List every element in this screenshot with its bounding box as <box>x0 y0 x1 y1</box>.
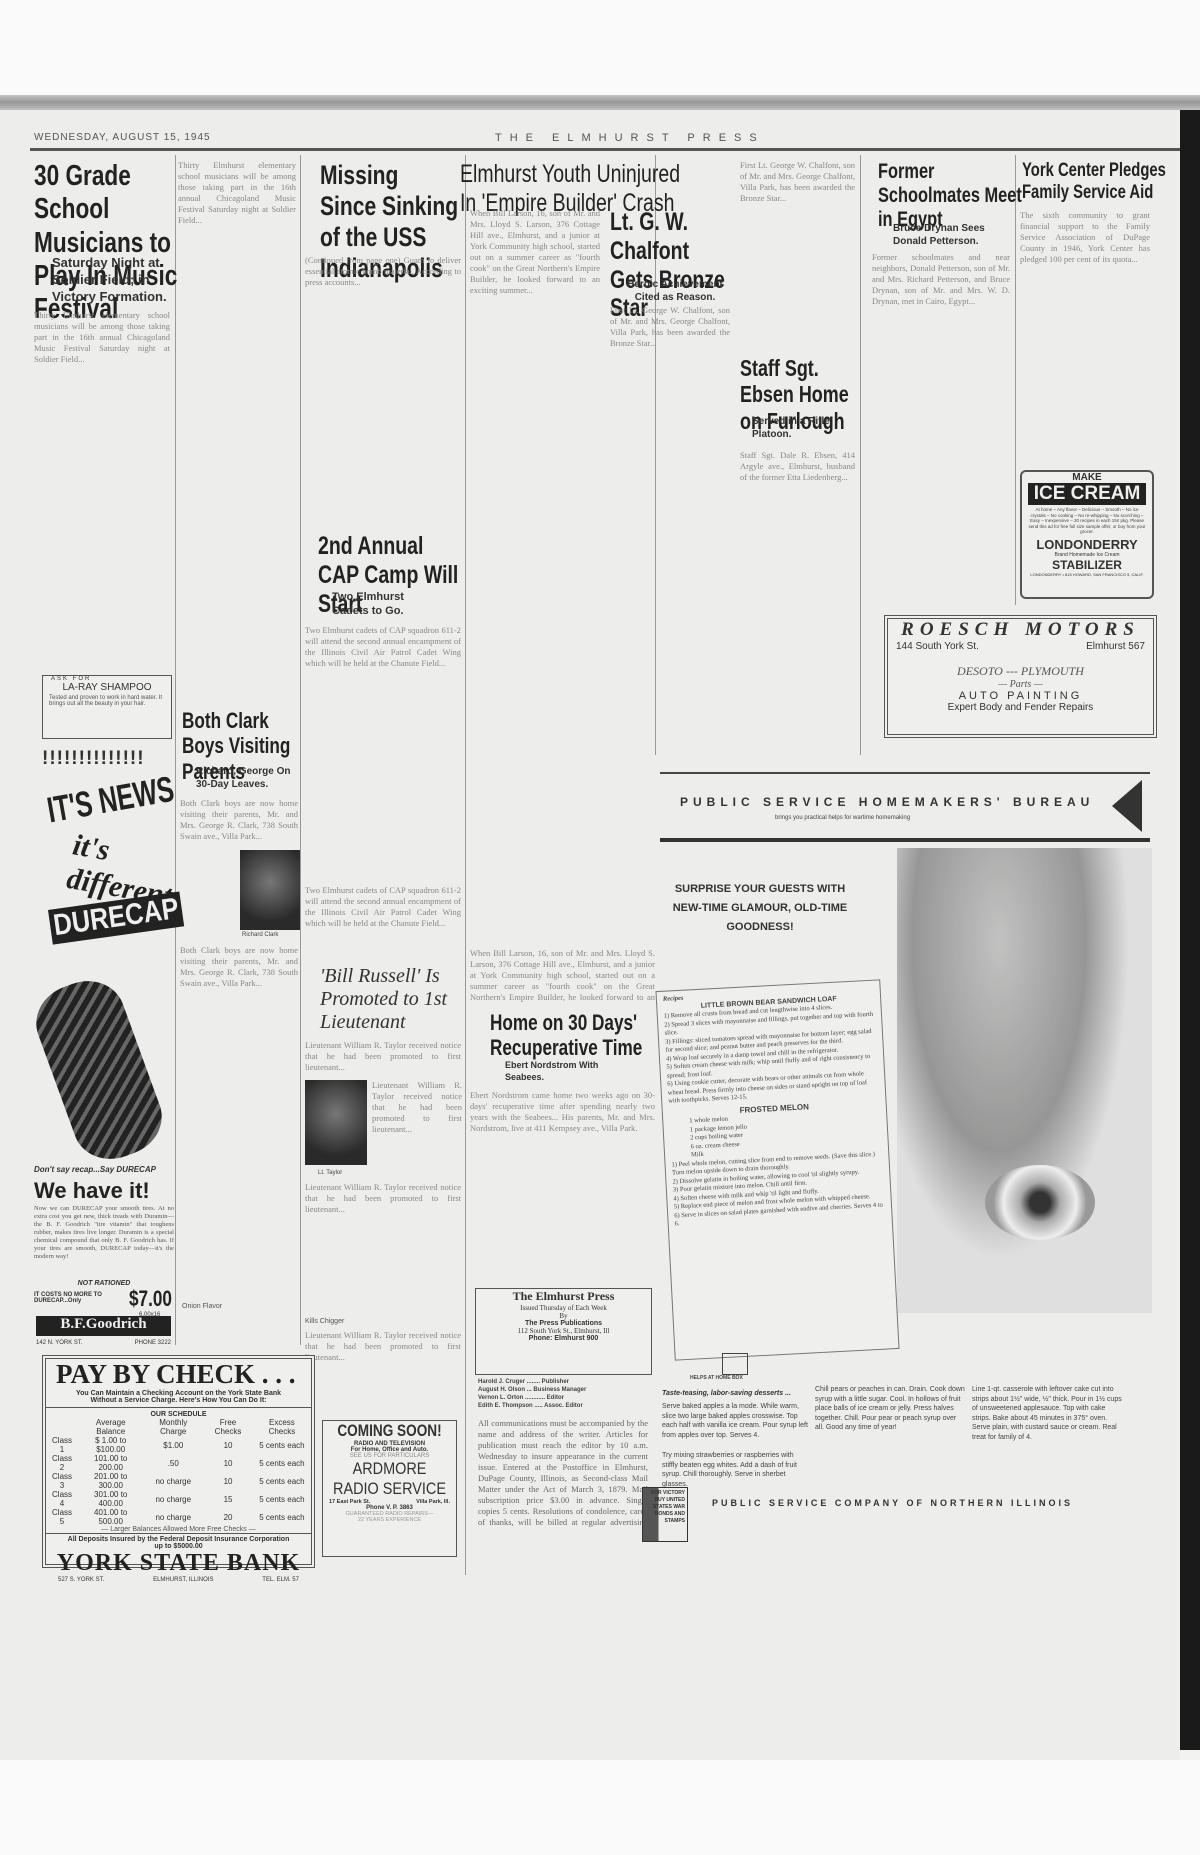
article-body: First Lt. George W. Chalfont, son of Mr.… <box>740 160 855 340</box>
ad-homemakers-top-rule <box>660 772 1150 774</box>
article-body: Thirty Elmhurst elementary school musici… <box>178 160 296 695</box>
ad-bank-note: — Larger Balances Allowed More Free Chec… <box>46 1526 311 1533</box>
subhead-home-30-days: Ebert Nordstrom With Seabees. <box>505 1060 605 1083</box>
photo-lt-taylor <box>305 1080 367 1165</box>
ad-roesch-phone: Elmhurst 567 <box>1086 641 1145 652</box>
col-monthly-charge: Monthly Charge <box>143 1418 203 1436</box>
press-address: 112 South York St., Elmhurst, Ill <box>476 1327 651 1335</box>
ad-homemakers-title: PUBLIC SERVICE HOMEMAKERS' BUREAU <box>680 795 1094 809</box>
bank-schedule-cell: 10 <box>203 1436 253 1454</box>
press-by: By <box>476 1312 651 1320</box>
ad-durecap-costs: IT COSTS NO MORE TO DURECAP...Only <box>34 1292 114 1304</box>
press-staff: Harold J. Cruger ........ Publisher Augu… <box>478 1378 648 1410</box>
ad-ardmore-name1: ARDMORE <box>333 1459 446 1479</box>
ad-york-state-bank: PAY BY CHECK . . . You Can Maintain a Ch… <box>42 1355 315 1568</box>
ad-ardmore-address: 17 East Park St. <box>329 1499 370 1505</box>
press-staff-publisher: Harold J. Cruger ........ Publisher <box>478 1378 648 1386</box>
bank-schedule-cell: 101.00 to 200.00 <box>78 1454 143 1472</box>
press-staff-business-manager: August H. Olson ... Business Manager <box>478 1386 648 1394</box>
press-notice: All communications must be accompanied b… <box>478 1418 648 1528</box>
ad-ardmore-radio: COMING SOON! RADIO AND TELEVISION For Ho… <box>322 1420 457 1557</box>
subhead-egypt: Bruce Drynan Sees Donald Petterson. <box>893 222 1013 248</box>
section-kills-chigger: Kills Chigger <box>305 1318 344 1325</box>
dessert-tip-2: Try mixing strawberries or raspberries w… <box>662 1451 810 1489</box>
bank-schedule-cell: no charge <box>143 1472 203 1490</box>
article-body: Two Elmhurst cadets of CAP squadron 611-… <box>305 625 461 895</box>
bank-schedule-cell: 15 <box>203 1490 253 1508</box>
bank-schedule-cell: .50 <box>143 1454 203 1472</box>
bank-schedule-cell: Class 1 <box>46 1436 78 1454</box>
ad-bank-contact: 527 S. YORK ST. ELMHURST, ILLINOIS TEL. … <box>46 1577 311 1583</box>
bank-schedule-cell: $1.00 <box>143 1436 203 1454</box>
bank-schedule-cell: 5 cents each <box>253 1454 311 1472</box>
ad-roesch-contact: 144 South York St. Elmhurst 567 <box>888 641 1153 652</box>
ad-durecap-body: Now we can DURECAP your smooth tires. At… <box>34 1205 174 1275</box>
ad-laray-name: LA-RAY SHAMPOO <box>43 682 171 693</box>
ad-ardmore-footer2: 22 YEARS EXPERIENCE <box>323 1517 456 1523</box>
press-publisher-org: The Press Publications <box>476 1320 651 1327</box>
ad-ardmore-name2: RADIO SERVICE <box>333 1479 446 1499</box>
ad-roesch-address: 144 South York St. <box>896 641 979 652</box>
dessert-tip-3: Chill pears or peaches in can. Drain. Co… <box>815 1385 965 1433</box>
bank-schedule-cell: 20 <box>203 1508 253 1526</box>
bank-schedule-cell: 301.00 to 400.00 <box>78 1490 143 1508</box>
desserts-intro: Taste-teasing, labor-saving desserts ... <box>662 1390 791 1397</box>
headline-bill-russell: 'Bill Russell' Is Promoted to 1st Lieute… <box>320 965 460 1034</box>
ad-homemakers-tagline: brings you practical helps for wartime h… <box>775 815 910 821</box>
ad-durecap-tagline: Don't say recap...Say DURECAP <box>34 1165 156 1174</box>
scan-edge-right <box>1180 110 1200 1750</box>
press-title: The Elmhurst Press <box>476 1289 651 1304</box>
ad-icecream-text: At home – Any flavor – Delicious – Smoot… <box>1022 505 1152 537</box>
article-body: Lieutenant William R. Taylor received no… <box>305 1182 461 1312</box>
ribbon-chevron-icon <box>1112 780 1142 832</box>
ad-exclamations: !!!!!!!!!!!!!! <box>42 748 145 770</box>
article-body: When Bill Larson, 16, son of Mr. and Mrs… <box>470 948 655 1003</box>
article-body: First Lt. George W. Chalfont, son of Mr.… <box>610 305 730 735</box>
ad-laray-shampoo: ASK FOR LA-RAY SHAMPOO Tested and proven… <box>42 675 172 739</box>
photo-sandwich-loaf <box>897 848 1152 1313</box>
ad-bank-line1: You Can Maintain a Checking Account on t… <box>46 1390 311 1397</box>
article-body: The sixth community to grant financial s… <box>1020 210 1150 465</box>
bank-schedule-cell: Class 3 <box>46 1472 78 1490</box>
dessert-tip-1: Serve baked apples a la mode. While warm… <box>662 1402 810 1440</box>
ad-goodrich-logo: B.F.Goodrich <box>36 1316 171 1336</box>
ad-roesch-motors: ROESCH MOTORS 144 South York St. Elmhurs… <box>884 615 1157 738</box>
bank-schedule-row: Class 4301.00 to 400.00no charge155 cent… <box>46 1490 311 1508</box>
col-average-balance: Average Balance <box>78 1418 143 1436</box>
press-issued: Issued Thursday of Each Week <box>476 1304 651 1312</box>
press-staff-assoc-editor: Edith E. Thompson ..... Assoc. Editor <box>478 1402 648 1410</box>
bank-schedule-cell: no charge <box>143 1490 203 1508</box>
bank-schedule-cell: Class 4 <box>46 1490 78 1508</box>
headline-home-30-days: Home on 30 Days' Recuperative Time <box>490 1010 646 1061</box>
bank-schedule-row: Class 3201.00 to 300.00no charge105 cent… <box>46 1472 311 1490</box>
ad-bank-city: ELMHURST, ILLINOIS <box>153 1577 213 1583</box>
ad-roesch-name: ROESCH MOTORS <box>888 619 1153 641</box>
ad-bank-insurance: All Deposits Insured by the Federal Depo… <box>46 1533 311 1550</box>
photo-frosted-melon <box>985 1165 1095 1240</box>
war-bonds-badge: FOR VICTORY BUY UNITED STATES WAR BONDS … <box>642 1487 688 1542</box>
press-box: The Elmhurst Press Issued Thursday of Ea… <box>475 1288 652 1375</box>
column-divider <box>860 155 861 755</box>
ad-durecap-headline: We have it! <box>34 1178 150 1204</box>
ad-roesch-repairs: Expert Body and Fender Repairs <box>888 702 1153 713</box>
ad-goodrich-phone: PHONE 3222 <box>135 1340 171 1346</box>
ad-homemakers-bottom-rule <box>660 838 1150 842</box>
subhead-ebsen: Served in a Rifle Platoon. <box>752 415 852 441</box>
ad-icecream: MAKE ICE CREAM At home – Any flavor – De… <box>1020 470 1154 599</box>
scan-margin-top <box>0 0 1200 105</box>
article-body: When Bill Larson, 16, son of Mr. and Mrs… <box>470 208 600 948</box>
ad-goodrich-address: 142 N. YORK ST. <box>36 1340 83 1346</box>
article-body: Both Clark boys are now home visiting th… <box>180 945 298 1305</box>
bank-schedule-cell: $ 1.00 to $100.00 <box>78 1436 143 1454</box>
col-excess-checks: Excess Checks <box>253 1418 311 1436</box>
article-body: Lieutenant William R. Taylor received no… <box>305 1040 461 1080</box>
subhead-cap-camp: Two Elmhurst Cadets to Go. <box>332 590 442 619</box>
bank-schedule-cell: no charge <box>143 1508 203 1526</box>
dessert-tip-4: Line 1-qt. casserole with leftover cake … <box>972 1385 1122 1442</box>
ad-bank-name: YORK STATE BANK <box>46 1550 311 1577</box>
caption-richard-clark: Richard Clark <box>242 932 278 938</box>
column-divider <box>300 155 301 1345</box>
recipe-card: Recipes LITTLE BROWN BEAR SANDWICH LOAF … <box>655 979 899 1360</box>
ad-homemakers-company: PUBLIC SERVICE COMPANY OF NORTHERN ILLIN… <box>712 1498 1073 1508</box>
tire-icon <box>26 970 172 1170</box>
headline-york-center: York Center Pledges Family Service Aid <box>1022 160 1178 204</box>
ad-icecream-address: LONDONDERRY • 815 HOWARD, SAN FRANCISCO … <box>1022 572 1152 577</box>
ad-icecream-product: STABILIZER <box>1022 558 1152 572</box>
col-free-checks: Free Checks <box>203 1418 253 1436</box>
bank-schedule-cell: 201.00 to 300.00 <box>78 1472 143 1490</box>
col-class <box>46 1418 78 1436</box>
bank-schedule-row: Class 1$ 1.00 to $100.00$1.00105 cents e… <box>46 1436 311 1454</box>
helps-box-label: HELPS AT HOME BOX <box>690 1375 743 1381</box>
article-body: Two Elmhurst cadets of CAP squadron 611-… <box>305 885 461 945</box>
press-staff-editor: Vernon L. Orton ............ Editor <box>478 1394 648 1402</box>
caption-lt-taylor: Lt. Taylor <box>318 1170 342 1176</box>
ad-roesch-service: AUTO PAINTING <box>888 690 1153 702</box>
bank-schedule-cell: 10 <box>203 1454 253 1472</box>
bank-schedule-cell: 5 cents each <box>253 1490 311 1508</box>
ad-bank-line2: Without a Service Charge. Here's How You… <box>46 1397 311 1408</box>
ad-durecap-price: $7.00 <box>129 1286 172 1311</box>
recipe1-steps: 1) Remove all crusts from bread and cut … <box>664 1002 880 1106</box>
ad-bank-address: 527 S. YORK ST. <box>58 1577 104 1583</box>
ad-durecap-brand: DURECAP <box>48 892 184 945</box>
ad-durecap: IT'S NEWS it's different DURECAP Don't s… <box>34 780 179 1330</box>
ad-icecream-brand: LONDONDERRY <box>1022 537 1152 552</box>
bank-schedule-row: Class 2101.00 to 200.00.50105 cents each <box>46 1454 311 1472</box>
article-body: Staff Sgt. Dale R. Ebsen, 414 Argyle ave… <box>740 450 855 735</box>
subhead-grade-school: Saturday Night at Soldier Field; in Vict… <box>52 255 172 306</box>
article-body: Lieutenant William R. Taylor received no… <box>305 1330 461 1375</box>
ad-roesch-brands: DESOTO --- PLYMOUTH <box>888 664 1153 679</box>
bank-schedule-cell: 10 <box>203 1472 253 1490</box>
ad-bank-headline: PAY BY CHECK . . . <box>46 1359 311 1390</box>
recipe-box-icon <box>722 1353 748 1375</box>
recipe2-steps: 1) Peel whole melon, cutting slice from … <box>671 1150 885 1229</box>
bank-schedule-cell: 5 cents each <box>253 1508 311 1526</box>
article-body: (Continued from page one) Guam to delive… <box>305 255 461 525</box>
paper-name: THE ELMHURST PRESS <box>495 132 765 144</box>
article-body: Lieutenant William R. Taylor received no… <box>372 1080 462 1165</box>
bank-schedule-cell: 5 cents each <box>253 1472 311 1490</box>
ad-icecream-make: MAKE <box>1022 472 1152 483</box>
bank-schedule-cell: Class 5 <box>46 1508 78 1526</box>
ad-bank-schedule-title: OUR SCHEDULE <box>46 1411 311 1418</box>
article-body: Ebert Nordstrom came home two weeks ago … <box>470 1090 655 1285</box>
ad-homemakers-headline: SURPRISE YOUR GUESTS WITH NEW-TIME GLAMO… <box>660 880 860 937</box>
bank-schedule-cell: Class 2 <box>46 1454 78 1472</box>
ad-ardmore-headline: COMING SOON! <box>336 1421 442 1441</box>
article-body: Thirty Elmhurst elementary school musici… <box>34 310 170 675</box>
bank-schedule-cell: 401.00 to 500.00 <box>78 1508 143 1526</box>
ad-goodrich-contact: 142 N. YORK ST. PHONE 3222 <box>36 1340 171 1346</box>
press-phone: Phone: Elmhurst 900 <box>476 1335 651 1342</box>
bank-schedule-cell: 5 cents each <box>253 1436 311 1454</box>
subhead-clark-boys: Richard, George On 30-Day Leaves. <box>196 765 306 791</box>
ad-bank-tel: TEL. ELM. 57 <box>262 1577 299 1583</box>
section-onion-flavor: Onion Flavor <box>182 1303 222 1310</box>
ad-icecream-headline: ICE CREAM <box>1028 483 1146 505</box>
masthead-rule <box>30 148 1180 151</box>
subhead-chalfont: Heroic Achievement Cited as Reason. <box>615 278 735 304</box>
bank-schedule-table: Average Balance Monthly Charge Free Chec… <box>46 1418 311 1526</box>
issue-date: WEDNESDAY, AUGUST 15, 1945 <box>34 132 211 143</box>
article-body: Former schoolmates and near neighbors, D… <box>872 252 1010 467</box>
photo-richard-clark <box>240 850 300 930</box>
ad-ardmore-city: Villa Park, Ill. <box>416 1499 450 1505</box>
column-divider <box>465 155 466 1575</box>
ad-roesch-parts: — Parts — <box>888 679 1153 690</box>
scan-margin-bottom <box>0 1760 1200 1855</box>
ad-laray-text: Tested and proven to work in hard water.… <box>43 693 171 709</box>
bank-schedule-row: Class 5401.00 to 500.00no charge205 cent… <box>46 1508 311 1526</box>
